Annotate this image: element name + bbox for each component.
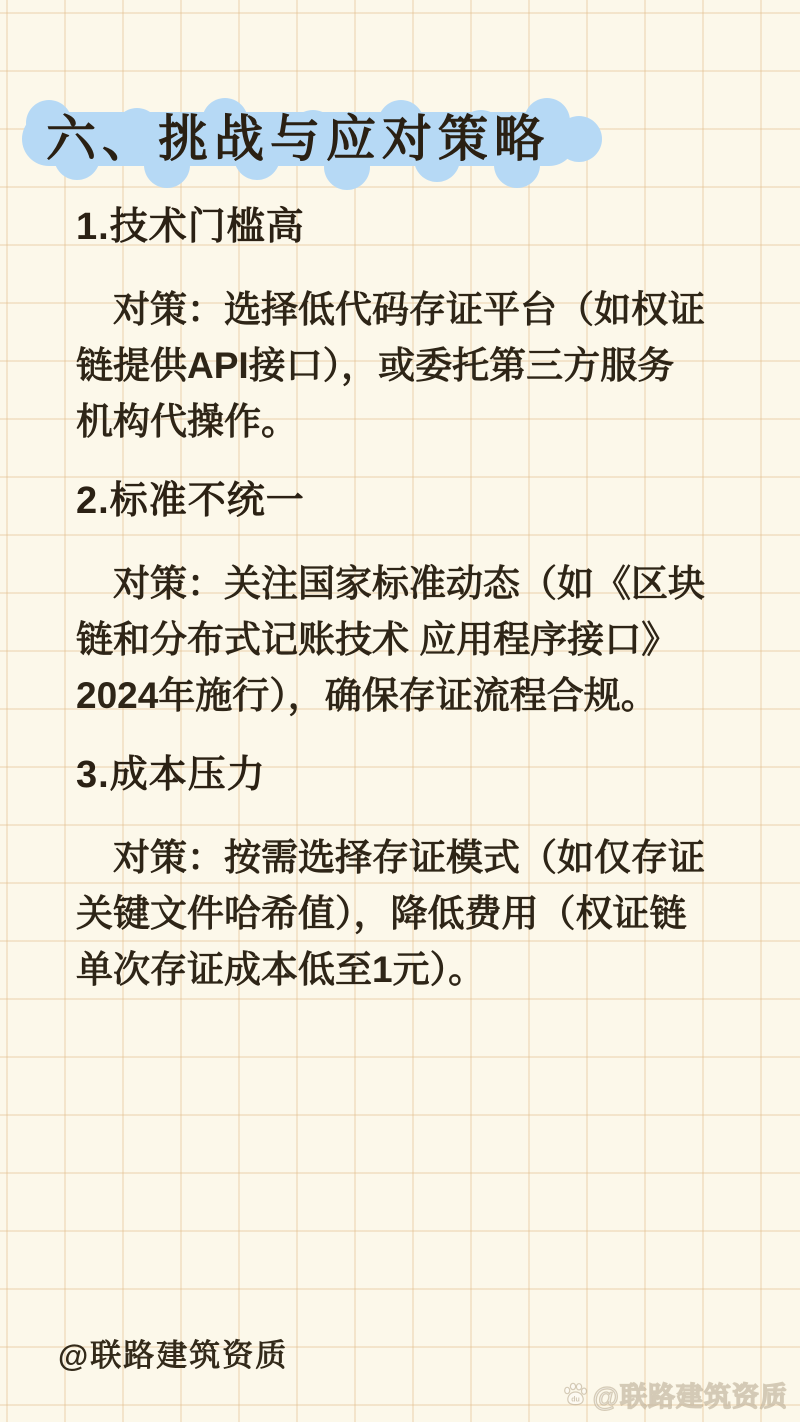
- section-standards: 2.标准不统一 对策：关注国家标准动态（如《区块 链和分布式记账技术 应用程序接…: [76, 478, 766, 724]
- section-tech-threshold: 1.技术门槛高 对策：选择低代码存证平台（如权证 链提供API接口），或委托第三…: [76, 204, 766, 450]
- svg-text:du: du: [571, 1397, 580, 1404]
- baidu-paw-icon: du: [562, 1381, 589, 1408]
- section-1-heading: 1.技术门槛高: [76, 204, 766, 250]
- footer-author-handle: @联路建筑资质: [58, 1330, 288, 1375]
- section-1-body: 对策：选择低代码存证平台（如权证 链提供API接口），或委托第三方服务 机构代操…: [76, 282, 766, 450]
- section-cost: 3.成本压力 对策：按需选择存证模式（如仅存证 关键文件哈希值），降低费用（权证…: [76, 752, 766, 998]
- poster-page: 六、挑战与应对策略 1.技术门槛高 对策：选择低代码存证平台（如权证 链提供AP…: [0, 0, 800, 1422]
- section-2-body: 对策：关注国家标准动态（如《区块 链和分布式记账技术 应用程序接口》 2024年…: [76, 556, 766, 724]
- section-3-heading: 3.成本压力: [76, 752, 766, 798]
- title-highlight: 六、挑战与应对策略: [30, 102, 568, 176]
- section-3-body: 对策：按需选择存证模式（如仅存证 关键文件哈希值），降低费用（权证链 单次存证成…: [76, 830, 766, 998]
- watermark: du @联路建筑资质: [562, 1375, 788, 1414]
- section-2-heading: 2.标准不统一: [76, 478, 766, 524]
- title-block: 六、挑战与应对策略: [30, 102, 800, 176]
- page-title: 六、挑战与应对策略: [46, 111, 550, 167]
- watermark-text: @联路建筑资质: [593, 1375, 788, 1414]
